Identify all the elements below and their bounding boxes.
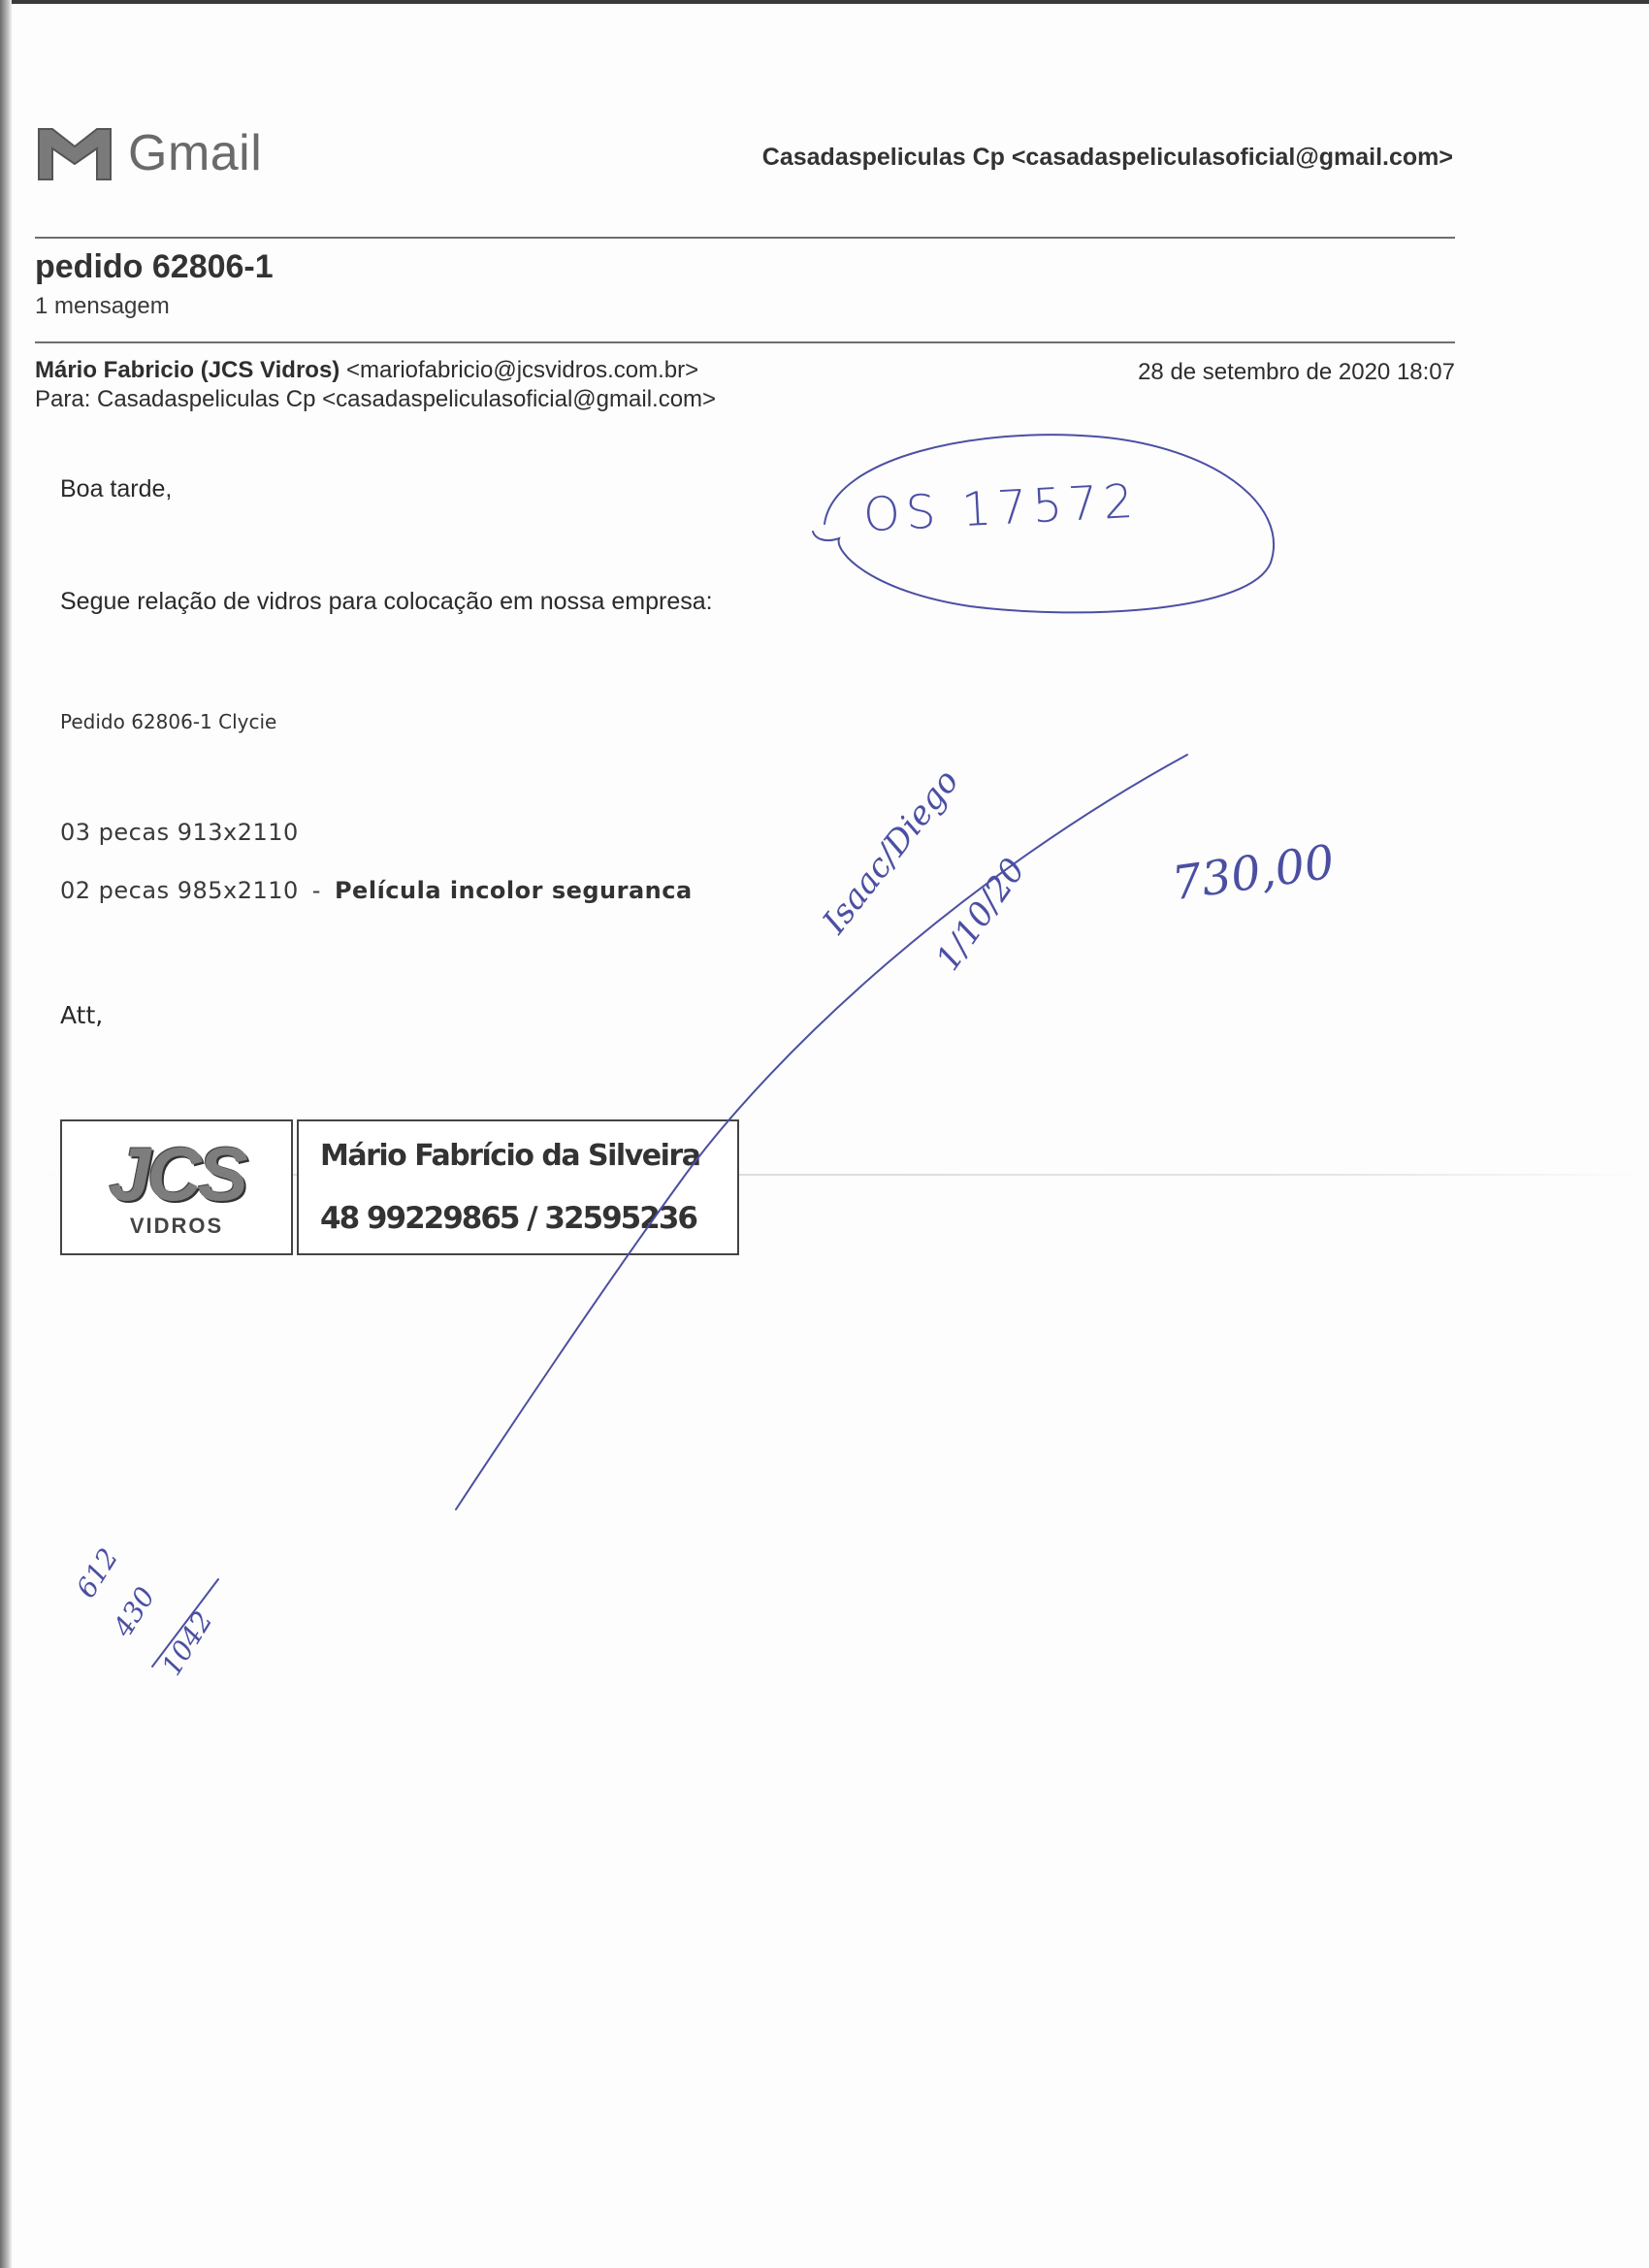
message-count: 1 mensagem [35, 293, 170, 320]
gmail-m-icon [35, 125, 114, 181]
item-spec: 02 pecas 985x2110 [60, 877, 299, 904]
calc-total: 1042 [155, 1605, 219, 1681]
sender: Mário Fabricio (JCS Vidros) <mariofabric… [35, 357, 698, 384]
subject-divider [35, 341, 1455, 343]
sender-name: Mário Fabricio (JCS Vidros) [35, 357, 339, 383]
signature-phone: 48 99229865 / 32595236 [320, 1201, 716, 1236]
scan-edge-top [0, 0, 1649, 4]
item-separator: - [312, 877, 321, 904]
item-spec: 03 pecas 913x2110 [60, 819, 299, 846]
calc-line: 612 [70, 1542, 124, 1604]
sender-email: <mariofabricio@jcsvidros.com.br> [346, 357, 698, 383]
gmail-wordmark: Gmail [128, 124, 262, 182]
thread-subject: pedido 62806-1 [35, 248, 274, 286]
header-divider [35, 237, 1455, 239]
greeting: Boa tarde, [60, 475, 172, 503]
order-item: 02 pecas 985x2110-Película incolor segur… [60, 877, 693, 904]
gmail-logo: Gmail [35, 124, 262, 182]
signature-name: Mário Fabrício da Silveira [320, 1139, 716, 1173]
calc-line: 430 [107, 1581, 161, 1642]
email-signature: JCS VIDROS Mário Fabrício da Silveira 48… [60, 1119, 739, 1255]
logo-letters: JCS [109, 1136, 244, 1212]
order-item: 03 pecas 913x2110 [60, 819, 299, 846]
scan-edge-left [0, 0, 12, 2268]
order-reference: Pedido 62806-1 Clycie [60, 710, 276, 733]
logo-subtitle: VIDROS [130, 1214, 223, 1239]
receiver-date-annotation: 1/10/20 [928, 852, 1033, 978]
closing: Att, [60, 1001, 103, 1029]
receiver-name-annotation: Isaac/Diego [815, 762, 966, 941]
amount-annotation: 730,00 [1169, 835, 1338, 912]
item-description: Película incolor seguranca [335, 877, 693, 904]
service-order-annotation: OS 17572 [862, 474, 1141, 543]
message-date: 28 de setembro de 2020 18:07 [1138, 359, 1455, 386]
company-logo: JCS VIDROS [60, 1119, 293, 1255]
intro-text: Segue relação de vidros para colocação e… [60, 588, 713, 616]
recipient: Para: Casadaspeliculas Cp <casadaspelicu… [35, 386, 716, 413]
account-identity: Casadaspeliculas Cp <casadaspeliculasofi… [762, 144, 1453, 172]
signature-contact: Mário Fabrício da Silveira 48 99229865 /… [297, 1119, 739, 1255]
